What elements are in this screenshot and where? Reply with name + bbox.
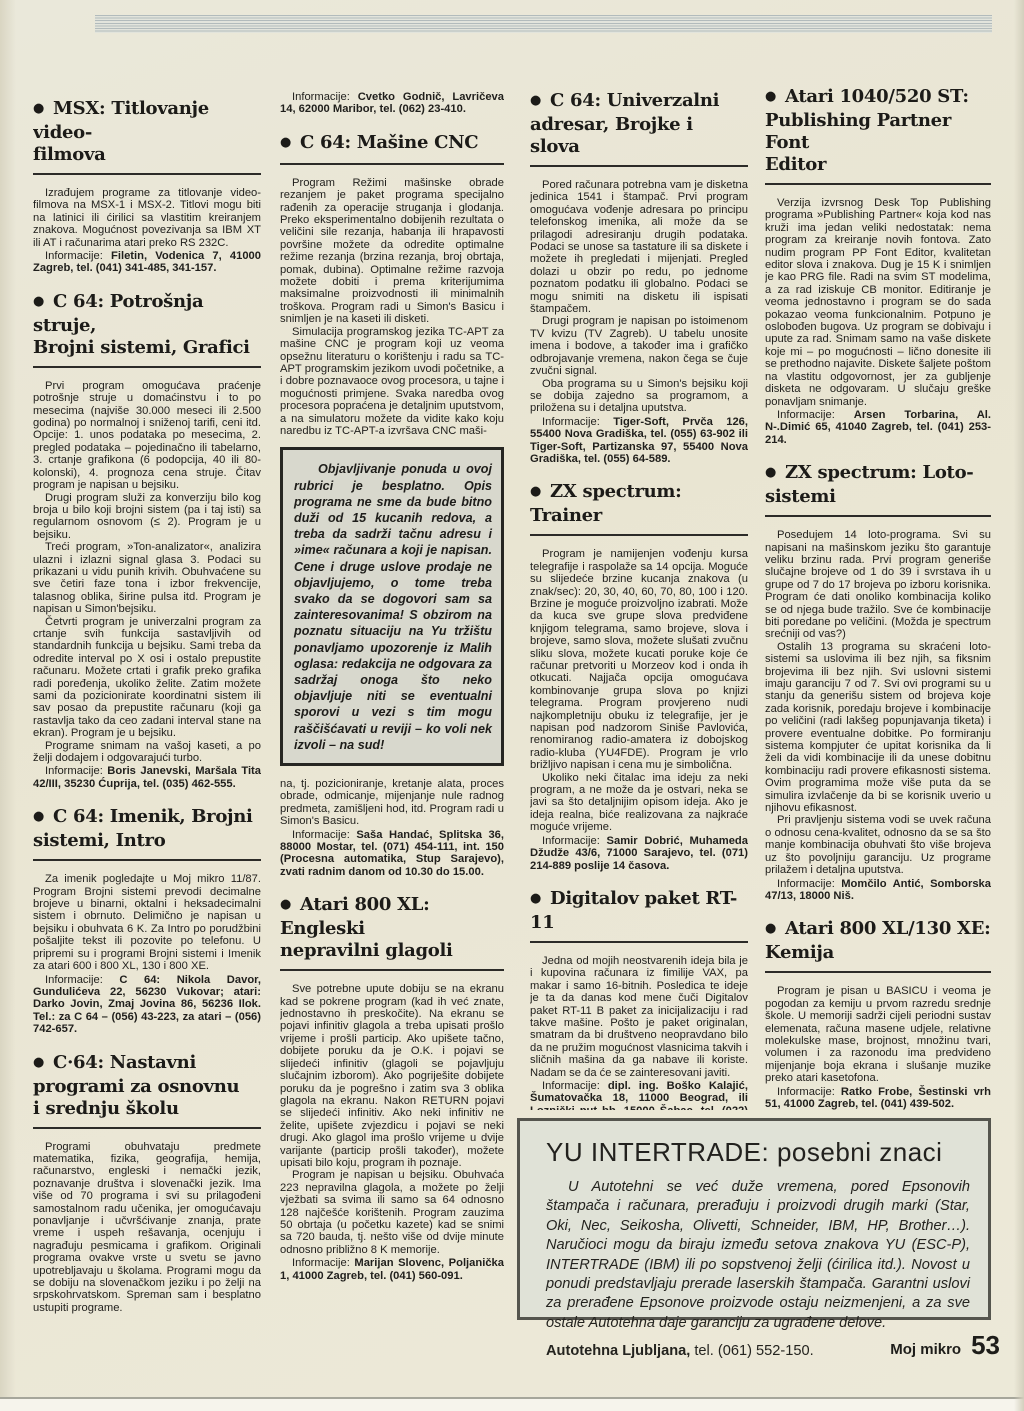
paragraph: na, tj. pozicioniranje, kretanje alata, … [280,778,504,828]
paragraph: Pored računara potrebna vam je disketna … [530,179,748,315]
info-paragraph: Informacije: Ratko Frobe, Šestinski vrh … [765,1086,991,1111]
paragraph: Verzija izvrsnog Desk Top Publishing pro… [765,197,991,408]
info-paragraph: Informacije: Samir Dobrić, Muhameda Džud… [530,835,748,872]
info-paragraph: Informacije: Saša Handać, Splitska 36, 8… [280,829,504,879]
article-title: C 64: Imenik, Brojni sistemi, Intro [33,806,253,851]
article-heading: ●Digitalov paket RT-11 [530,888,748,943]
info-paragraph: Informacije: Momčilo Antić, Somborska 47… [765,878,991,903]
paragraph: Za imenik pogledajte u Moj mikro 11/87. … [33,873,261,972]
paragraph: Program je napisan u bejsiku. Obuhvaća 2… [280,1169,504,1256]
paragraph: Treći program, »Ton-analizator«, analizi… [33,541,261,615]
paragraph: Drugi program služi za konverziju bilo k… [33,492,261,542]
article-title: C 64: Potrošnja struje, Brojni sistemi, … [33,291,250,358]
info-label: Informacije: [292,1257,350,1269]
bullet-icon: ● [33,101,44,116]
article-heading: ●MSX: Titlovanje video- filmova [33,98,261,175]
paragraph: Posedujem 14 loto-programa. Svi su napis… [765,529,991,641]
bullet-icon: ● [33,1055,44,1070]
info-label: Informacije: [45,250,103,262]
ad-contact-name: Autotehna Ljubljana, [546,1343,690,1359]
article-heading: ●C 64: Imenik, Brojni sistemi, Intro [33,806,261,861]
notice-box: Objavljivanje ponuda u ovoj rubrici je b… [280,447,504,766]
bullet-icon: ● [530,484,541,499]
bullet-icon: ● [530,891,541,906]
article-heading: ●C 64: Potrošnja struje, Brojni sistemi,… [33,291,261,368]
paragraph: Ukoliko neki čitalac ima ideju za neki p… [530,772,748,834]
info-label: Informacije: [542,1080,600,1092]
paragraph: Drugi program je napisan po istoimenom T… [530,315,748,377]
ad-title: YU INTERTRADE: posebni znaci [546,1137,988,1168]
paragraph: Pri pravljenju sistema vodi se uvek raču… [765,814,991,876]
info-label: Informacije: [45,974,103,986]
page-bottom-edge [0,1397,1024,1411]
article-title: ZX spectrum: Trainer [530,481,682,526]
article-title: C·64: Nastavni programi za osnovnu i sre… [33,1052,239,1119]
article-heading: ●C 64: Mašine CNC [280,132,504,165]
article-title: C 64: Mašine CNC [300,132,478,153]
bullet-icon: ● [765,921,776,936]
ad-contact-phone: tel. (061) 552-150. [690,1343,813,1359]
info-paragraph: Informacije: Boris Janevski, Maršala Tit… [33,765,261,790]
bullet-icon: ● [33,294,44,309]
info-label: Informacije: [777,878,835,890]
paragraph: Program je pisan u BASICU i veoma je pog… [765,985,991,1084]
article-heading: ●C 64: Univerzalni adresar, Brojke i slo… [530,90,748,167]
article-heading: ●ZX spectrum: Loto- sistemi [765,462,991,517]
ad-body: U Autotehni se već duže vremena, pored E… [546,1178,970,1333]
bullet-icon: ● [765,89,776,104]
info-label: Informacije: [292,91,350,103]
article-heading: ●C·64: Nastavni programi za osnovnu i sr… [33,1052,261,1129]
column-1: ●MSX: Titlovanje video- filmovaIzrađujem… [33,98,261,1314]
notice-text: Objavljivanje ponuda u ovoj rubrici je b… [294,461,492,753]
article-title: Atari 800 XL: Engleski nepravilni glagol… [280,894,453,961]
info-label: Informacije: [542,416,600,428]
footer: Moj mikro53 [840,1330,1000,1361]
info-label: Informacije: [45,765,103,777]
top-stripe-bar [95,15,992,33]
paragraph: Programi obuhvataju predmete matematika,… [33,1141,261,1315]
article-title: ZX spectrum: Loto- sistemi [765,462,973,507]
magazine-name: Moj mikro [890,1341,961,1358]
info-paragraph: Informacije: Tiger-Soft, Prvča 126, 5540… [530,416,748,466]
info-label: Informacije: [542,835,600,847]
paragraph: Simulacija programskog jezika TC-APT za … [280,326,504,438]
article-title: Atari 800 XL/130 XE: Kemija [765,918,990,963]
bullet-icon: ● [280,897,291,912]
bullet-icon: ● [765,465,776,480]
paragraph: Prvi program omogućava praćenje potrošnj… [33,380,261,492]
article-title: C 64: Univerzalni adresar, Brojke i slov… [530,90,719,157]
bullet-icon: ● [33,809,44,824]
column-2: Informacije: Cvetko Godnič, Lavričeva 14… [280,90,504,1284]
article-heading: ●Atari 1040/520 ST: Publishing Partner F… [765,86,991,185]
info-label: Informacije: [777,409,835,421]
article-heading: ●Atari 800 XL/130 XE: Kemija [765,918,991,973]
info-paragraph: Informacije: Cvetko Godnič, Lavričeva 14… [280,91,504,116]
magazine-page: ●MSX: Titlovanje video- filmovaIzrađujem… [0,0,1024,1411]
bullet-icon: ● [530,93,541,108]
bullet-icon: ● [280,135,291,150]
article-title: Digitalov paket RT-11 [530,888,737,933]
article-heading: ●ZX spectrum: Trainer [530,481,748,536]
info-paragraph: Informacije: C 64: Nikola Davor, Gunduli… [33,974,261,1036]
info-label: Informacije: [777,1086,835,1098]
info-paragraph: Informacije: Arsen Torbarina, Al. N-.Dim… [765,409,991,446]
info-paragraph: Informacije: Marijan Slovenc, Poljanička… [280,1257,504,1282]
info-label: Informacije: [292,829,350,841]
paragraph: Ostalih 13 programa su skraćeni loto-sis… [765,641,991,815]
page-number: 53 [971,1330,1000,1360]
paragraph: Jedna od mojih neostvarenih ideja bila j… [530,955,748,1079]
paragraph: Program je namijenjen vođenju kursa tele… [530,548,748,771]
info-paragraph: Informacije: dipl. ing. Boško Kalajić, Š… [530,1080,748,1110]
article-title: MSX: Titlovanje video- filmova [33,98,209,165]
paragraph: Sve potrebne upute dobiju se na ekranu k… [280,983,504,1169]
article-heading: ●Atari 800 XL: Engleski nepravilni glago… [280,894,504,971]
article-title: Atari 1040/520 ST: Publishing Partner Fo… [765,86,969,175]
info-paragraph: Informacije: Filetin, Vodenica 7, 41000 … [33,250,261,275]
paragraph: Program Režimi mašinske obrade rezanjem … [280,177,504,326]
column-3: ●C 64: Univerzalni adresar, Brojke i slo… [530,90,748,1110]
paragraph: Programe snimam na vašoj kaseti, a po že… [33,740,261,765]
ad-box: YU INTERTRADE: posebni znaci U Autotehni… [517,1118,991,1320]
paragraph: Oba programa su u Simon's bejsiku koji s… [530,378,748,415]
paragraph: Četvrti program je univerzalni program z… [33,616,261,740]
paragraph: Izrađujem programe za titlovanje video-f… [33,187,261,249]
column-4: ●Atari 1040/520 ST: Publishing Partner F… [765,86,991,1111]
